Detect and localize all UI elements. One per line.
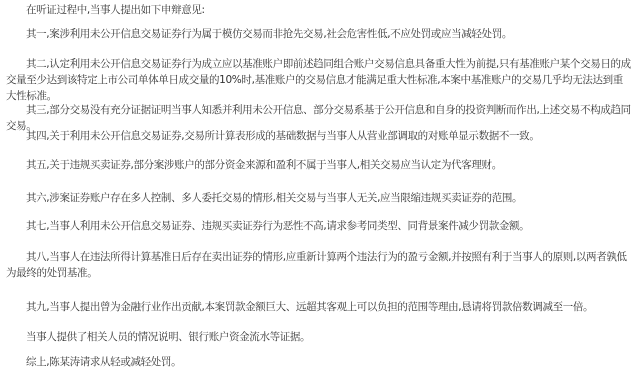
paragraph-point-8: 其八,当事人在违法所得计算基准日后存在卖出证券的情形,应重新计算两个违法行为的盈…	[6, 249, 632, 281]
paragraph-intro: 在听证过程中,当事人提出如下申辩意见:	[6, 2, 632, 18]
paragraph-point-5: 其五,关于违规买卖证券,部分案涉账户的部分资金来源和盈利不属于当事人,相关交易应…	[6, 157, 632, 173]
paragraph-point-6: 其六,涉案证券账户存在多人控制、多人委托交易的情形,相关交易与当事人无关,应当限…	[6, 190, 632, 206]
paragraph-point-9: 其九,当事人提出曾为金融行业作出贡献,本案罚款金额巨大、远超其客观上可以负担的范…	[6, 299, 632, 315]
paragraph-point-1: 其一,案涉利用未公开信息交易证券行为属于模仿交易而非抢先交易,社会危害性低,不应…	[6, 26, 632, 42]
paragraph-point-2: 其二,认定利用未公开信息交易证券行为成立应以基准账户即前述趋同组合账户交易信息具…	[6, 56, 632, 104]
paragraph-conclusion: 综上,陈某涛请求从轻或减轻处罚。	[6, 354, 632, 370]
document-body: 在听证过程中,当事人提出如下申辩意见: 其一,案涉利用未公开信息交易证券行为属于…	[0, 0, 640, 374]
paragraph-point-4: 其四,关于利用未公开信息交易证券,交易所计算表形成的基础数据与当事人从营业部调取…	[6, 128, 632, 144]
paragraph-point-7: 其七,当事人利用未公开信息交易证券、违规买卖证券行为恶性不高,请求参考同类型、同…	[6, 218, 632, 234]
paragraph-evidence: 当事人提供了相关人员的情况说明、银行账户资金流水等证据。	[6, 329, 632, 345]
